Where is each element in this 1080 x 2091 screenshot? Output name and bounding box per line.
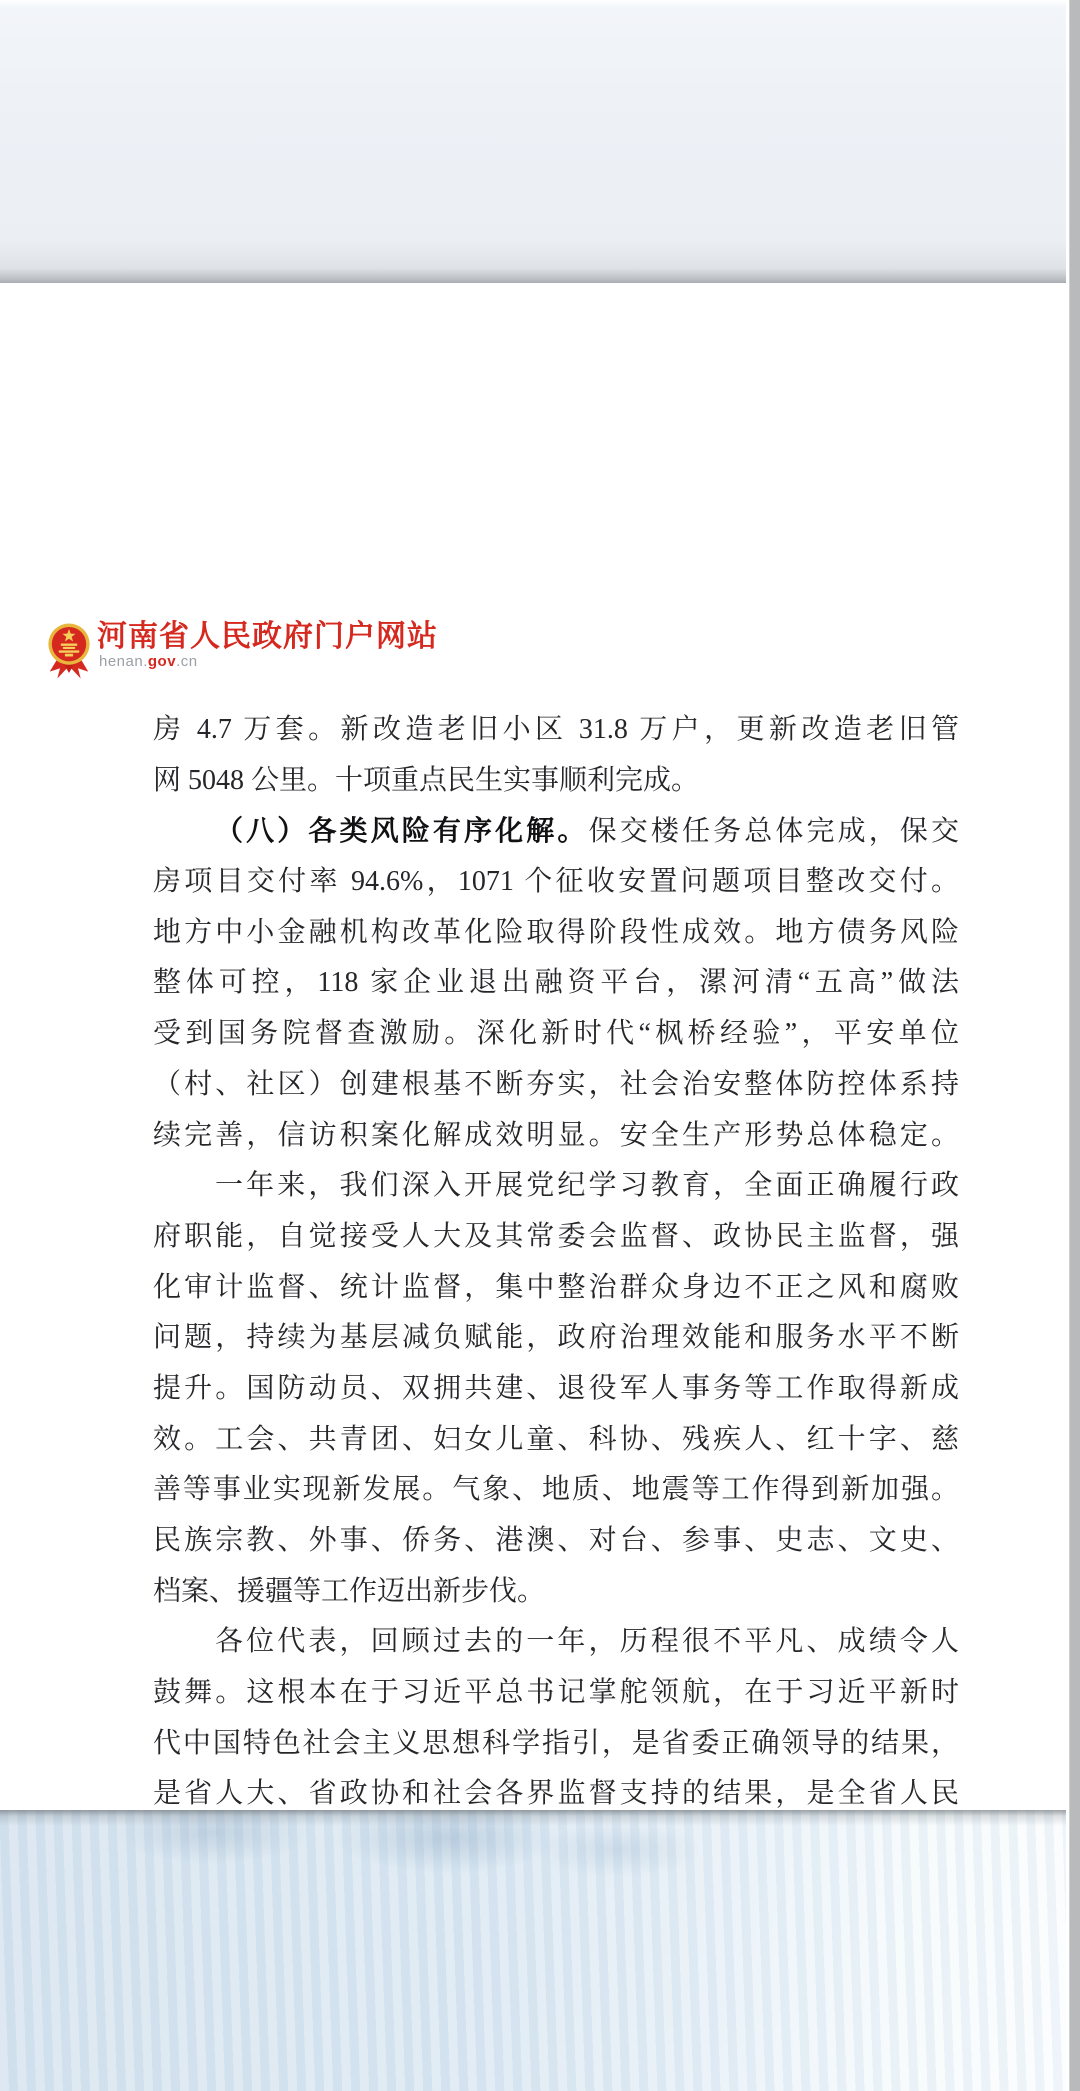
text-line: 房 4.7 万套。新改造老旧小区 31.8 万户，更新改造老旧管: [153, 705, 959, 756]
page-bottom-shadow: [0, 1810, 1066, 1826]
text-line: 府职能，自觉接受人大及其常委会监督、政协民主监督，强: [153, 1212, 959, 1263]
text-line: 效。工会、共青团、妇女儿童、科协、残疾人、红十字、慈: [153, 1415, 959, 1466]
document-page: 河南省人民政府门户网站 henan.gov.cn 房 4.7 万套。新改造老旧小…: [0, 283, 1066, 1810]
page-gap-top: [0, 0, 1066, 283]
text-line: 提升。国防动员、双拥共建、退役军人事务等工作取得新成: [153, 1364, 959, 1415]
text-line: 整体可控，118 家企业退出融资平台，漯河清“五高”做法: [153, 958, 959, 1009]
text-line: （村、社区）创建根基不断夯实，社会治安整体防控体系持: [153, 1060, 959, 1111]
text-line: 受到国务院督查激励。深化新时代“枫桥经验”，平安单位: [153, 1009, 959, 1060]
site-header[interactable]: 河南省人民政府门户网站 henan.gov.cn: [47, 620, 647, 682]
text-line: 地方中小金融机构改革化险取得阶段性成效。地方债务风险: [153, 908, 959, 959]
national-emblem-icon: [47, 622, 91, 680]
text-line: （八）各类风险有序化解。保交楼任务总体完成，保交: [153, 806, 959, 857]
text-line: 网 5048 公里。十项重点民生实事顺利完成。: [153, 756, 959, 807]
text-line: 各位代表，回顾过去的一年，历程很不平凡、成绩令人: [153, 1617, 959, 1668]
text-line: 化审计监督、统计监督，集中整治群众身边不正之风和腐败: [153, 1263, 959, 1314]
background-texture: [0, 1810, 1066, 2091]
text-line: 问题，持续为基层减负赋能，政府治理效能和服务水平不断: [153, 1313, 959, 1364]
text-line: 代中国特色社会主义思想科学指引，是省委正确领导的结果，: [153, 1719, 959, 1770]
domain-prefix: henan.: [99, 653, 148, 670]
text-line: 鼓舞。这根本在于习近平总书记掌舵领航，在于习近平新时: [153, 1668, 959, 1719]
site-domain: henan.gov.cn: [99, 653, 198, 671]
text-line: 房项目交付率 94.6%，1071 个征收安置问题项目整改交付。: [153, 857, 959, 908]
document-viewer: 河南省人民政府门户网站 henan.gov.cn 房 4.7 万套。新改造老旧小…: [0, 0, 1080, 2091]
domain-gov: gov: [148, 653, 176, 670]
text-line: 民族宗教、外事、侨务、港澳、对台、参事、史志、文史、: [153, 1516, 959, 1567]
domain-suffix: .cn: [176, 653, 198, 670]
scrollbar[interactable]: [1069, 0, 1080, 2091]
site-title[interactable]: 河南省人民政府门户网站: [97, 620, 617, 653]
text-line: 续完善，信访积案化解成效明显。安全生产形势总体稳定。: [153, 1111, 959, 1162]
document-text: 房 4.7 万套。新改造老旧小区 31.8 万户，更新改造老旧管 网 5048 …: [153, 705, 959, 1922]
text-line: 善等事业实现新发展。气象、地质、地震等工作得到新加强。: [153, 1465, 959, 1516]
section-heading: （八）各类风险有序化解。: [215, 815, 589, 846]
text-line: 一年来，我们深入开展党纪学习教育，全面正确履行政: [153, 1161, 959, 1212]
text-line: 档案、援疆等工作迈出新步伐。: [153, 1567, 959, 1618]
